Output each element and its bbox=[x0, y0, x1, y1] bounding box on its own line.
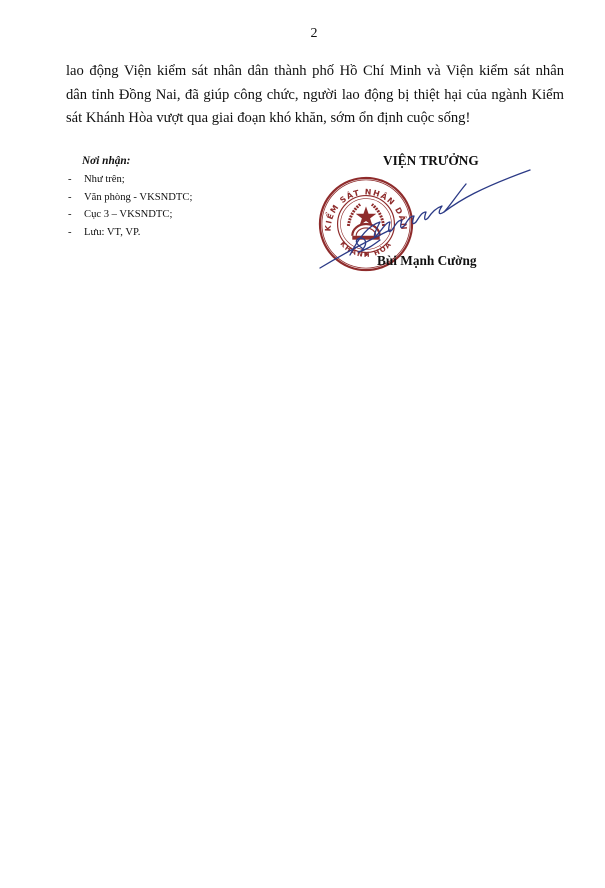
recipient-label: Như trên; bbox=[84, 171, 125, 189]
recipient-label: Cục 3 – VKSNDTC; bbox=[84, 206, 172, 224]
recipients-heading: Nơi nhận: bbox=[68, 153, 192, 171]
body-line: dân tỉnh Đồng Nai, đã giúp công chức, ng… bbox=[66, 84, 564, 108]
signer-name: Bùi Mạnh Cường bbox=[377, 253, 477, 269]
recipient-item: - Cục 3 – VKSNDTC; bbox=[68, 206, 192, 224]
bullet-dash: - bbox=[68, 171, 84, 189]
body-line: sát Khánh Hòa vượt qua giai đoạn khó khă… bbox=[66, 107, 564, 131]
bullet-dash: - bbox=[68, 224, 84, 242]
recipient-label: Lưu: VT, VP. bbox=[84, 224, 140, 242]
body-paragraph: lao động Viện kiểm sát nhân dân thành ph… bbox=[66, 60, 564, 131]
recipient-item: - Lưu: VT, VP. bbox=[68, 224, 192, 242]
recipient-label: Văn phòng - VKSNDTC; bbox=[84, 189, 192, 207]
recipient-item: - Văn phòng - VKSNDTC; bbox=[68, 189, 192, 207]
bullet-dash: - bbox=[68, 189, 84, 207]
body-line: lao động Viện kiểm sát nhân dân thành ph… bbox=[66, 60, 564, 84]
recipient-item: - Như trên; bbox=[68, 171, 192, 189]
bullet-dash: - bbox=[68, 206, 84, 224]
page-number: 2 bbox=[0, 26, 605, 42]
recipients-block: Nơi nhận: - Như trên; - Văn phòng - VKSN… bbox=[68, 153, 192, 242]
